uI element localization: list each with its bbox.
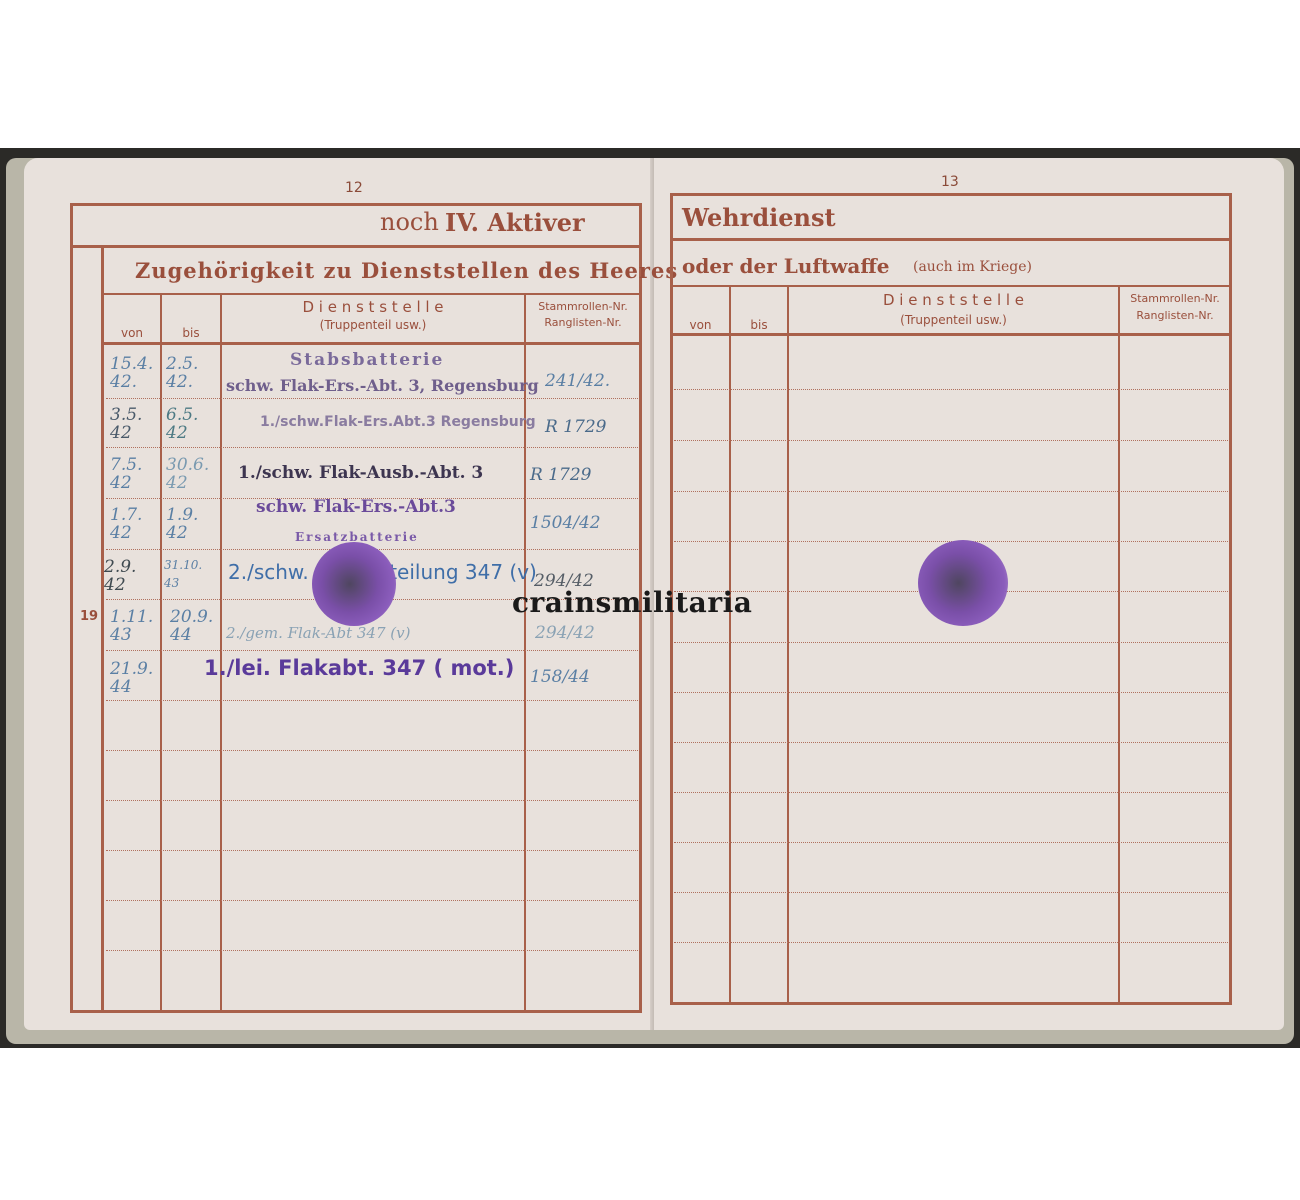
left-title-prefix: noch — [380, 208, 439, 236]
right-row-rule — [674, 792, 1228, 793]
right-col-nr-1: Stammrollen-Nr. — [1120, 292, 1230, 305]
right-subtitle-divider — [672, 285, 1230, 287]
left-col-divider-2 — [220, 295, 222, 1010]
right-subtitle-note: (auch im Kriege) — [913, 259, 1032, 275]
left-col-divider-1 — [160, 295, 162, 1010]
entry-von: 3.5. 42 — [110, 406, 155, 442]
right-row-rule — [674, 842, 1228, 843]
ink-stamp-blot-left — [312, 542, 396, 626]
entry-von: 7.5. 42 — [110, 456, 155, 492]
left-col-von: von — [104, 326, 160, 340]
entry-stamp: Stabsbatterie — [290, 350, 444, 370]
right-col-divider-2 — [787, 287, 789, 1002]
left-margin-rule — [101, 247, 104, 1010]
left-row-rule — [106, 398, 638, 399]
entry-bis: 1.9. 42 — [166, 506, 216, 542]
right-row-rule — [674, 491, 1228, 492]
entry-nr: 1504/42 — [530, 514, 601, 532]
entry-stamp: schw. Flak-Ers.-Abt.3 — [256, 497, 456, 517]
entry-nr: 158/44 — [530, 668, 590, 686]
left-subtitle: Zugehörigkeit zu Dienststellen des Heere… — [135, 258, 678, 283]
left-col-dienststelle-sub: (Truppenteil usw.) — [222, 318, 524, 332]
right-header-divider — [672, 333, 1230, 336]
left-subtitle-divider — [101, 293, 641, 295]
left-row-rule — [106, 950, 638, 951]
entry-stamp: 1./schw. Flak-Ausb.-Abt. 3 — [238, 463, 483, 483]
entry-nr: 241/42. — [545, 372, 610, 390]
right-col-nr-2: Ranglisten-Nr. — [1120, 309, 1230, 322]
right-page-number: 13 — [941, 174, 959, 190]
entry-handwritten: 2./gem. Flak-Abt 347 (v) — [226, 624, 410, 642]
right-row-rule — [674, 389, 1228, 390]
entry-bis: 2.5. 42. — [166, 355, 216, 391]
watermark: crainsmilitaria — [512, 586, 752, 619]
right-col-dienststelle-sub: (Truppenteil usw.) — [789, 313, 1118, 327]
entry-stamp: 1./schw.Flak-Ers.Abt.3 Regensburg — [260, 414, 536, 430]
right-subtitle: oder der Luftwaffe — [682, 254, 890, 278]
entry-von: 1.7. 42 — [110, 506, 155, 542]
entry-nr: R 1729 — [530, 466, 591, 484]
entry-nr: R 1729 — [545, 418, 606, 436]
right-col-von: von — [672, 318, 729, 332]
left-col-nr-1: Stammrollen-Nr. — [526, 300, 640, 313]
right-col-bis: bis — [731, 318, 787, 332]
entry-stamp: schw. Flak-Ers.-Abt. 3, Regensburg — [226, 376, 539, 395]
left-row-rule — [106, 700, 638, 701]
left-title-divider — [70, 245, 642, 248]
ink-stamp-blot-right — [918, 540, 1008, 626]
left-row-rule — [106, 750, 638, 751]
right-title: Wehrdienst — [682, 203, 836, 232]
left-header-divider — [101, 342, 641, 345]
left-title: IV. Aktiver — [445, 208, 585, 237]
right-row-rule — [674, 692, 1228, 693]
right-col-divider-3 — [1118, 287, 1120, 1002]
entry-bis: 6.5. 42 — [166, 406, 216, 442]
entry-nr: 294/42 — [535, 624, 595, 642]
entry-von: 2.9. 42 — [104, 558, 154, 594]
left-col-divider-3 — [524, 295, 526, 1010]
entry-bis: 30.6. 42 — [166, 456, 216, 492]
left-row-rule — [106, 900, 638, 901]
right-row-rule — [674, 892, 1228, 893]
entry-von: 1.11. 43 — [110, 608, 155, 644]
right-col-dienststelle: D i e n s t s t e l l e — [789, 291, 1118, 309]
entry-von: 21.9. 44 — [110, 660, 155, 696]
left-side-number: 19 — [80, 609, 98, 624]
right-row-rule — [674, 742, 1228, 743]
left-row-rule — [106, 850, 638, 851]
left-col-nr-2: Ranglisten-Nr. — [526, 316, 640, 329]
right-col-divider-1 — [729, 287, 731, 1002]
left-row-rule — [106, 650, 638, 651]
left-col-bis: bis — [162, 326, 220, 340]
right-title-divider — [670, 238, 1232, 241]
right-row-rule — [674, 942, 1228, 943]
right-row-rule — [674, 440, 1228, 441]
left-col-dienststelle: D i e n s t s t e l l e — [222, 298, 524, 316]
left-row-rule — [106, 447, 638, 448]
right-row-rule — [674, 642, 1228, 643]
entry-bis: 31.10. 43 — [164, 556, 218, 592]
entry-stamp: 1./lei. Flakabt. 347 ( mot.) — [204, 656, 514, 680]
entry-bis: 20.9. 44 — [170, 608, 215, 644]
entry-von: 15.4. 42. — [110, 355, 155, 391]
left-page-number: 12 — [345, 180, 363, 196]
left-row-rule — [106, 800, 638, 801]
